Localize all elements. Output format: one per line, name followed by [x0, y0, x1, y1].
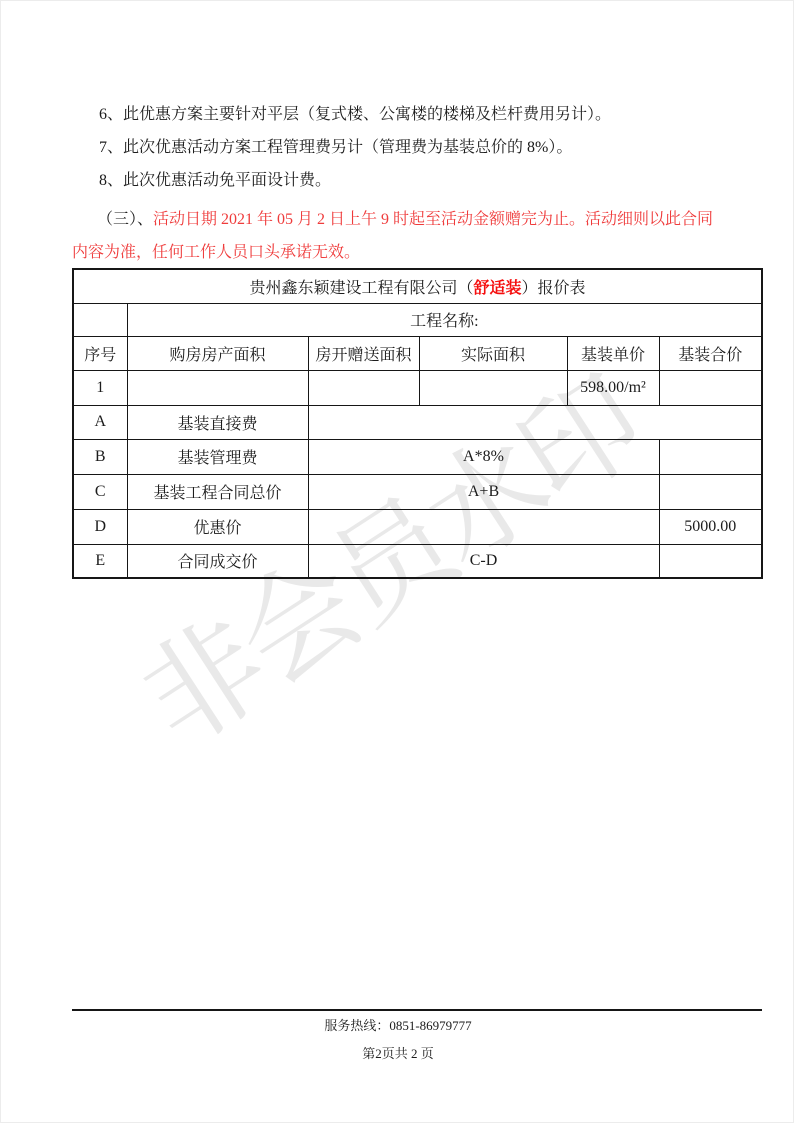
fee-D-label: 优惠价: [127, 509, 308, 544]
fee-B-label: 基装管理费: [127, 439, 308, 474]
project-name-label: 工程名称:: [127, 303, 762, 336]
fee-C-code: C: [73, 474, 127, 509]
fee-row-E: E 合同成交价 C-D: [73, 544, 762, 578]
table-title: 贵州鑫东颖建设工程有限公司（舒适装）报价表: [73, 269, 762, 303]
fee-C-formula: A+B: [308, 474, 659, 509]
fee-A-value: [308, 405, 762, 439]
fee-A-label: 基装直接费: [127, 405, 308, 439]
content-layer: 6、此优惠方案主要针对平层（复式楼、公寓楼的楼梯及栏杆费用另计）。 7、此次优惠…: [1, 1, 793, 1122]
project-name-spacer-cell: [73, 303, 127, 336]
fee-E-label: 合同成交价: [127, 544, 308, 578]
activity-clause-line1: （三）、活动日期 2021 年 05 月 2 日上午 9 时起至活动金额赠完为止…: [72, 204, 764, 237]
project-name-row: 工程名称:: [73, 303, 762, 336]
header-purchase-area: 购房房产面积: [127, 336, 308, 370]
table-title-suffix: ）报价表: [522, 280, 586, 297]
header-total-price: 基装合价: [659, 336, 762, 370]
fee-B-formula: A*8%: [308, 439, 659, 474]
fee-E-amount: [659, 544, 762, 578]
header-row: 序号 购房房产面积 房开赠送面积 实际面积 基装单价 基装合价: [73, 336, 762, 370]
clause-red-text-line1: 活动日期 2021 年 05 月 2 日上午 9 时起至活动金额赠完为止。活动细…: [153, 211, 713, 228]
row1-total: [659, 370, 762, 405]
fee-D-formula: [308, 509, 659, 544]
note-item-6: 6、此优惠方案主要针对平层（复式楼、公寓楼的楼梯及栏杆费用另计）。: [72, 105, 764, 125]
unit-price-row: 1 598.00/m²: [73, 370, 762, 405]
row1-developer-gift-area: [308, 370, 419, 405]
page-indicator: 第2页共 2 页: [1, 1043, 794, 1062]
clause-prefix: （三）、: [97, 211, 153, 228]
footer-divider: [72, 1009, 762, 1011]
header-actual-area: 实际面积: [419, 336, 567, 370]
fee-row-A: A 基装直接费: [73, 405, 762, 439]
fee-A-code: A: [73, 405, 127, 439]
table-title-row: 贵州鑫东颖建设工程有限公司（舒适装）报价表: [73, 269, 762, 303]
fee-row-C: C 基装工程合同总价 A+B: [73, 474, 762, 509]
activity-clause: （三）、活动日期 2021 年 05 月 2 日上午 9 时起至活动金额赠完为止…: [72, 204, 764, 269]
row1-purchase-area: [127, 370, 308, 405]
service-hotline: 服务热线：0851-86979777: [1, 1015, 794, 1034]
header-no: 序号: [73, 336, 127, 370]
note-item-7: 7、此次优惠活动方案工程管理费另计（管理费为基装总价的 8%）。: [72, 138, 764, 158]
fee-E-formula: C-D: [308, 544, 659, 578]
quotation-table: 贵州鑫东颖建设工程有限公司（舒适装）报价表 工程名称: 序号 购房房产面积 房开…: [72, 268, 763, 579]
fee-D-amount: 5000.00: [659, 509, 762, 544]
row1-actual-area: [419, 370, 567, 405]
row1-no: 1: [73, 370, 127, 405]
clause-red-text-line2: 内容为准，任何工作人员口头承诺无效。: [72, 237, 764, 270]
fee-C-amount: [659, 474, 762, 509]
package-name-highlight: 舒适装: [474, 280, 522, 297]
fee-E-code: E: [73, 544, 127, 578]
note-item-8: 8、此次优惠活动免平面设计费。: [72, 171, 764, 191]
row1-unit-price: 598.00/m²: [567, 370, 659, 405]
company-name: 贵州鑫东颖建设工程有限公司（: [250, 280, 474, 297]
fee-B-amount: [659, 439, 762, 474]
fee-D-code: D: [73, 509, 127, 544]
fee-row-D: D 优惠价 5000.00: [73, 509, 762, 544]
header-developer-gift-area: 房开赠送面积: [308, 336, 419, 370]
fee-row-B: B 基装管理费 A*8%: [73, 439, 762, 474]
fee-B-code: B: [73, 439, 127, 474]
fee-C-label: 基装工程合同总价: [127, 474, 308, 509]
header-unit-price: 基装单价: [567, 336, 659, 370]
document-page: 非会员水印 6、此优惠方案主要针对平层（复式楼、公寓楼的楼梯及栏杆费用另计）。 …: [0, 0, 794, 1123]
